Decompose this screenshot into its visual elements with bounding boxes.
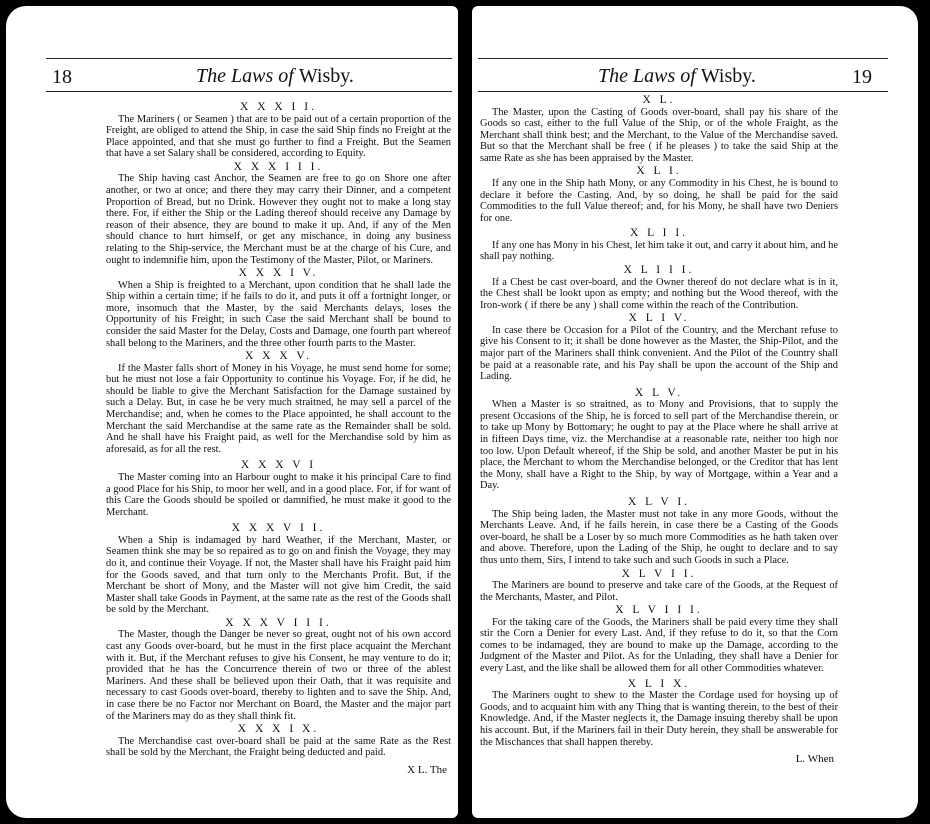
article: X L V I I I.For the taking care of the G… bbox=[480, 604, 838, 674]
article-text: The Mariners ought to shew to the Master… bbox=[480, 690, 838, 748]
article-text: The Mariners ( or Seamen ) that are to b… bbox=[106, 114, 451, 160]
article: X X X I X.The Merchandise cast over-boar… bbox=[106, 723, 451, 759]
running-title: The Laws of Wisby. bbox=[598, 65, 756, 88]
right-page-header: The Laws of Wisby. 19 bbox=[472, 64, 918, 90]
article-text: The Ship having cast Anchor, the Seamen … bbox=[106, 173, 451, 266]
article: X L V I.The Ship being laden, the Master… bbox=[480, 496, 838, 566]
right-page: The Laws of Wisby. 19 X L.The Master, up… bbox=[472, 6, 918, 818]
header-rule-bottom bbox=[478, 91, 888, 92]
article: X X X V I I.When a Ship is indamaged by … bbox=[106, 522, 451, 616]
left-page-header: 18 The Laws of Wisby. bbox=[6, 64, 458, 90]
page-number: 19 bbox=[852, 66, 872, 89]
article-numeral: X X X V I I. bbox=[106, 522, 451, 535]
article-numeral: X L I. bbox=[480, 165, 838, 178]
article: X L I X.The Mariners ought to shew to th… bbox=[480, 678, 838, 748]
article-numeral: X X X V I bbox=[106, 459, 451, 472]
article-text: The Master, upon the Casting of Goods ov… bbox=[480, 107, 838, 165]
article-numeral: X L I V. bbox=[480, 312, 838, 325]
article-numeral: X L I I. bbox=[480, 227, 838, 240]
article: X L V I I.The Mariners are bound to pres… bbox=[480, 568, 838, 604]
article-text: The Mariners are bound to preserve and t… bbox=[480, 580, 838, 603]
article: X X X V.If the Master falls short of Mon… bbox=[106, 350, 451, 455]
article-text: When a Ship is indamaged by hard Weather… bbox=[106, 535, 451, 616]
article-text: If any one has Mony in his Chest, let hi… bbox=[480, 240, 838, 263]
article-text: The Master coming into an Harbour ought … bbox=[106, 472, 451, 518]
article-text: If the Master falls short of Money in hi… bbox=[106, 363, 451, 456]
header-rule-top bbox=[478, 58, 888, 59]
running-title-roman: Wisby. bbox=[299, 65, 354, 87]
article: X X X I I I.The Ship having cast Anchor,… bbox=[106, 161, 451, 266]
running-title-roman: Wisby. bbox=[701, 65, 756, 87]
article-numeral: X X X I I. bbox=[106, 101, 451, 114]
page-number: 18 bbox=[52, 66, 72, 89]
article-text: When a Ship is freighted to a Merchant, … bbox=[106, 280, 451, 350]
article-numeral: X X X V. bbox=[106, 350, 451, 363]
running-title-italic: The Laws of bbox=[196, 65, 294, 87]
article-text: The Master, though the Danger be never s… bbox=[106, 629, 451, 722]
article-numeral: X L I I I. bbox=[480, 264, 838, 277]
article-text: If any one in the Ship hath Mony, or any… bbox=[480, 178, 838, 224]
left-page-body: X X X I I.The Mariners ( or Seamen ) tha… bbox=[106, 101, 451, 777]
article-text: The Ship being laden, the Master must no… bbox=[480, 509, 838, 567]
article-numeral: X X X I I I. bbox=[106, 161, 451, 174]
article: X L.The Master, upon the Casting of Good… bbox=[480, 94, 838, 164]
header-rule-bottom bbox=[46, 91, 452, 92]
header-rule-top bbox=[46, 58, 452, 59]
article: X L I V.In case there be Occasion for a … bbox=[480, 312, 838, 382]
article-text: In case there be Occasion for a Pilot of… bbox=[480, 325, 838, 383]
article-numeral: X X X I X. bbox=[106, 723, 451, 736]
article-text: The Merchandise cast over-board shall be… bbox=[106, 736, 451, 759]
running-title-italic: The Laws of bbox=[598, 65, 696, 87]
article: X X X V I I I.The Master, though the Dan… bbox=[106, 617, 451, 722]
article: X L I I.If any one has Mony in his Chest… bbox=[480, 227, 838, 263]
article-numeral: X L V I I. bbox=[480, 568, 838, 581]
right-page-body: X L.The Master, upon the Casting of Good… bbox=[480, 94, 838, 766]
article-numeral: X L I X. bbox=[480, 678, 838, 691]
left-page: 18 The Laws of Wisby. X X X I I.The Mari… bbox=[6, 6, 458, 818]
article-numeral: X L V I. bbox=[480, 496, 838, 509]
article-numeral: X L. bbox=[480, 94, 838, 107]
article: X L V.When a Master is so straitned, as … bbox=[480, 387, 838, 492]
article: X X X I I.The Mariners ( or Seamen ) tha… bbox=[106, 101, 451, 160]
article-numeral: X X X V I I I. bbox=[106, 617, 451, 630]
article-numeral: X L V. bbox=[480, 387, 838, 400]
article: X X X I V.When a Ship is freighted to a … bbox=[106, 267, 451, 349]
catchword: X L. The bbox=[106, 765, 451, 777]
article: X L I.If any one in the Ship hath Mony, … bbox=[480, 165, 838, 224]
article: X X X V IThe Master coming into an Harbo… bbox=[106, 459, 451, 518]
running-title: The Laws of Wisby. bbox=[196, 65, 354, 88]
article-numeral: X L V I I I. bbox=[480, 604, 838, 617]
article-text: When a Master is so straitned, as to Mon… bbox=[480, 399, 838, 492]
article-numeral: X X X I V. bbox=[106, 267, 451, 280]
article-text: For the taking care of the Goods, the Ma… bbox=[480, 617, 838, 675]
catchword: L. When bbox=[480, 754, 838, 766]
article-text: If a Chest be cast over-board, and the O… bbox=[480, 277, 838, 312]
article: X L I I I.If a Chest be cast over-board,… bbox=[480, 264, 838, 311]
